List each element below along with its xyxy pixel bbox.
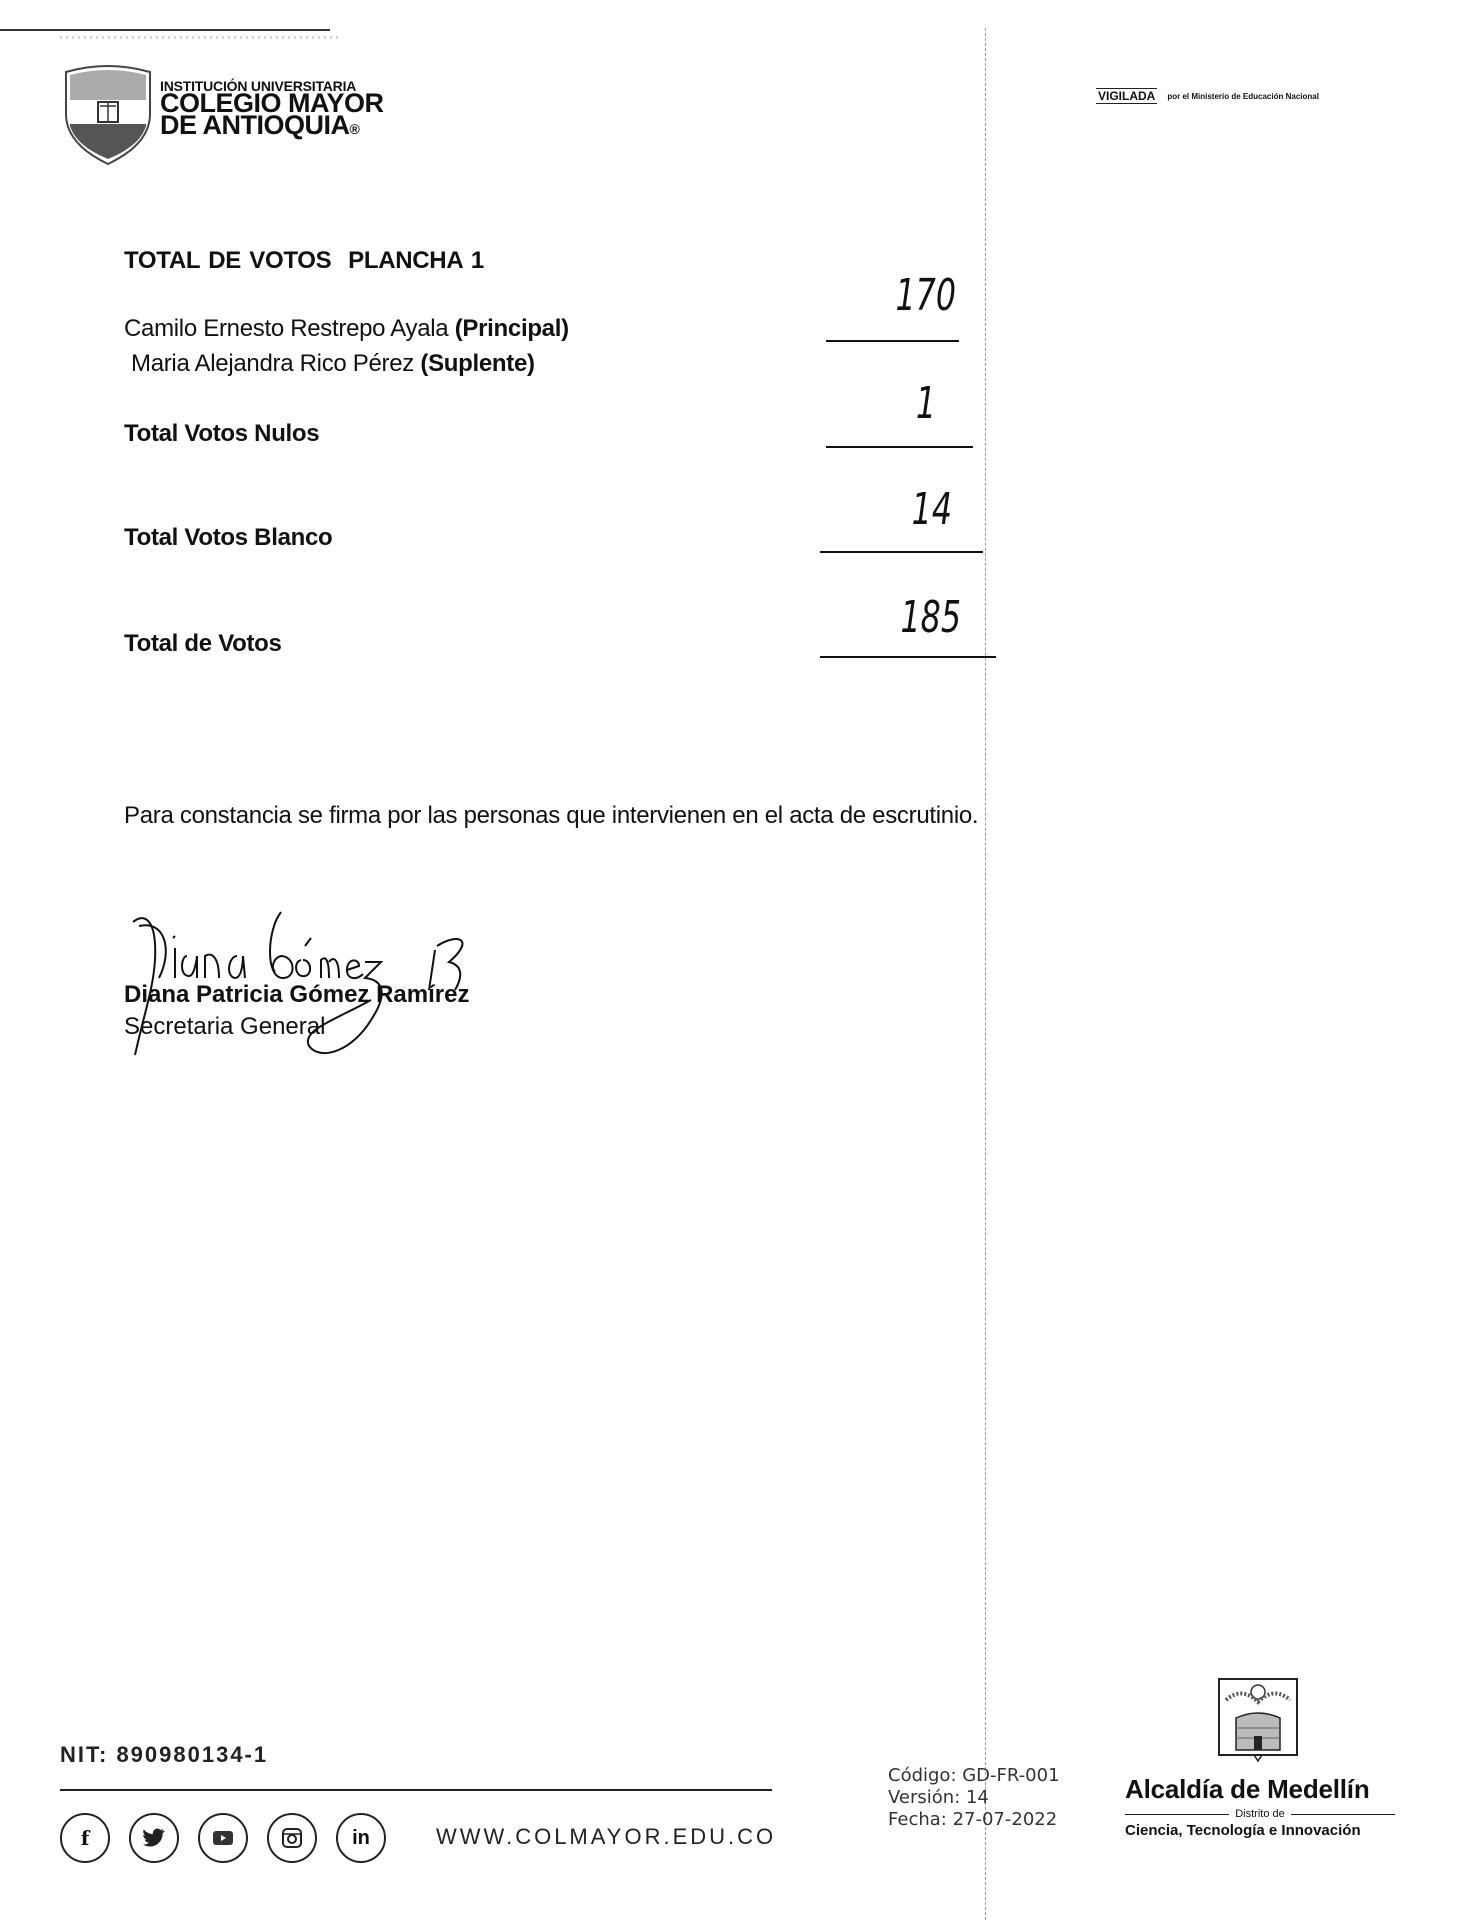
document-date: Fecha: 27-07-2022 bbox=[888, 1809, 1060, 1831]
institution-name-line2: DE ANTIOQUIA® bbox=[160, 114, 384, 140]
vigilada-notice: VIGILADA por el Ministerio de Educación … bbox=[1096, 88, 1319, 104]
plancha-votes-value: 170 bbox=[862, 270, 956, 321]
twitter-bird-icon bbox=[143, 1828, 165, 1848]
divider-right bbox=[1291, 1814, 1395, 1815]
registered-mark: ® bbox=[350, 121, 360, 137]
total-underline bbox=[820, 656, 996, 658]
instagram-icon[interactable] bbox=[267, 1813, 317, 1863]
nit-number: NIT: 890980134-1 bbox=[60, 1742, 268, 1768]
twitter-icon[interactable] bbox=[129, 1813, 179, 1863]
signer-name: Diana Patricia Gómez Ramírez bbox=[124, 981, 469, 1009]
footer-rule bbox=[60, 1789, 772, 1791]
instagram-camera-icon bbox=[282, 1828, 302, 1848]
candidate-suplente: Maria Alejandra Rico Pérez (Suplente) bbox=[131, 350, 535, 378]
total-value: 185 bbox=[864, 592, 961, 643]
linkedin-icon[interactable]: in bbox=[336, 1813, 386, 1863]
alcaldia-distrito: Distrito de bbox=[1125, 1808, 1395, 1820]
institution-shield-logo bbox=[60, 62, 156, 166]
scan-fold-line bbox=[985, 28, 986, 1920]
nulos-underline bbox=[826, 446, 973, 448]
plancha-votes-underline bbox=[826, 340, 959, 342]
closing-statement: Para constancia se firma por las persona… bbox=[124, 802, 978, 830]
candidate-principal: Camilo Ernesto Restrepo Ayala (Principal… bbox=[124, 315, 569, 343]
facebook-icon[interactable]: f bbox=[60, 1813, 110, 1863]
total-label: Total de Votos bbox=[124, 630, 282, 658]
blanco-underline bbox=[820, 551, 983, 553]
results-title: TOTAL DE VOTOS PLANCHA 1 bbox=[124, 247, 484, 275]
youtube-icon[interactable] bbox=[198, 1813, 248, 1863]
vigilada-text: por el Ministerio de Educación Nacional bbox=[1167, 92, 1319, 101]
signer-role: Secretaria General bbox=[124, 1013, 325, 1041]
document-version: Versión: 14 bbox=[888, 1787, 1060, 1809]
youtube-play-icon bbox=[213, 1831, 233, 1845]
document-control: Código: GD-FR-001 Versión: 14 Fecha: 27-… bbox=[888, 1765, 1060, 1831]
nulos-value: 1 bbox=[857, 378, 936, 429]
blanco-label: Total Votos Blanco bbox=[124, 524, 332, 552]
vigilada-label: VIGILADA bbox=[1096, 88, 1157, 104]
top-rule bbox=[0, 29, 330, 31]
scan-artifact bbox=[60, 36, 340, 39]
alcaldia-title: Alcaldía de Medellín bbox=[1125, 1774, 1370, 1805]
document-code: Código: GD-FR-001 bbox=[888, 1765, 1060, 1787]
divider-left bbox=[1125, 1814, 1229, 1815]
blanco-value: 14 bbox=[861, 484, 952, 535]
alcaldia-subtitle: Ciencia, Tecnología e Innovación bbox=[1125, 1822, 1361, 1839]
nulos-label: Total Votos Nulos bbox=[124, 420, 319, 448]
medellin-coat-of-arms-logo bbox=[1218, 1678, 1298, 1762]
institution-name: COLEGIO MAYOR DE ANTIOQUIA® bbox=[160, 92, 384, 140]
website-link[interactable]: WWW.COLMAYOR.EDU.CO bbox=[436, 1824, 776, 1850]
social-links: f in bbox=[60, 1813, 386, 1863]
